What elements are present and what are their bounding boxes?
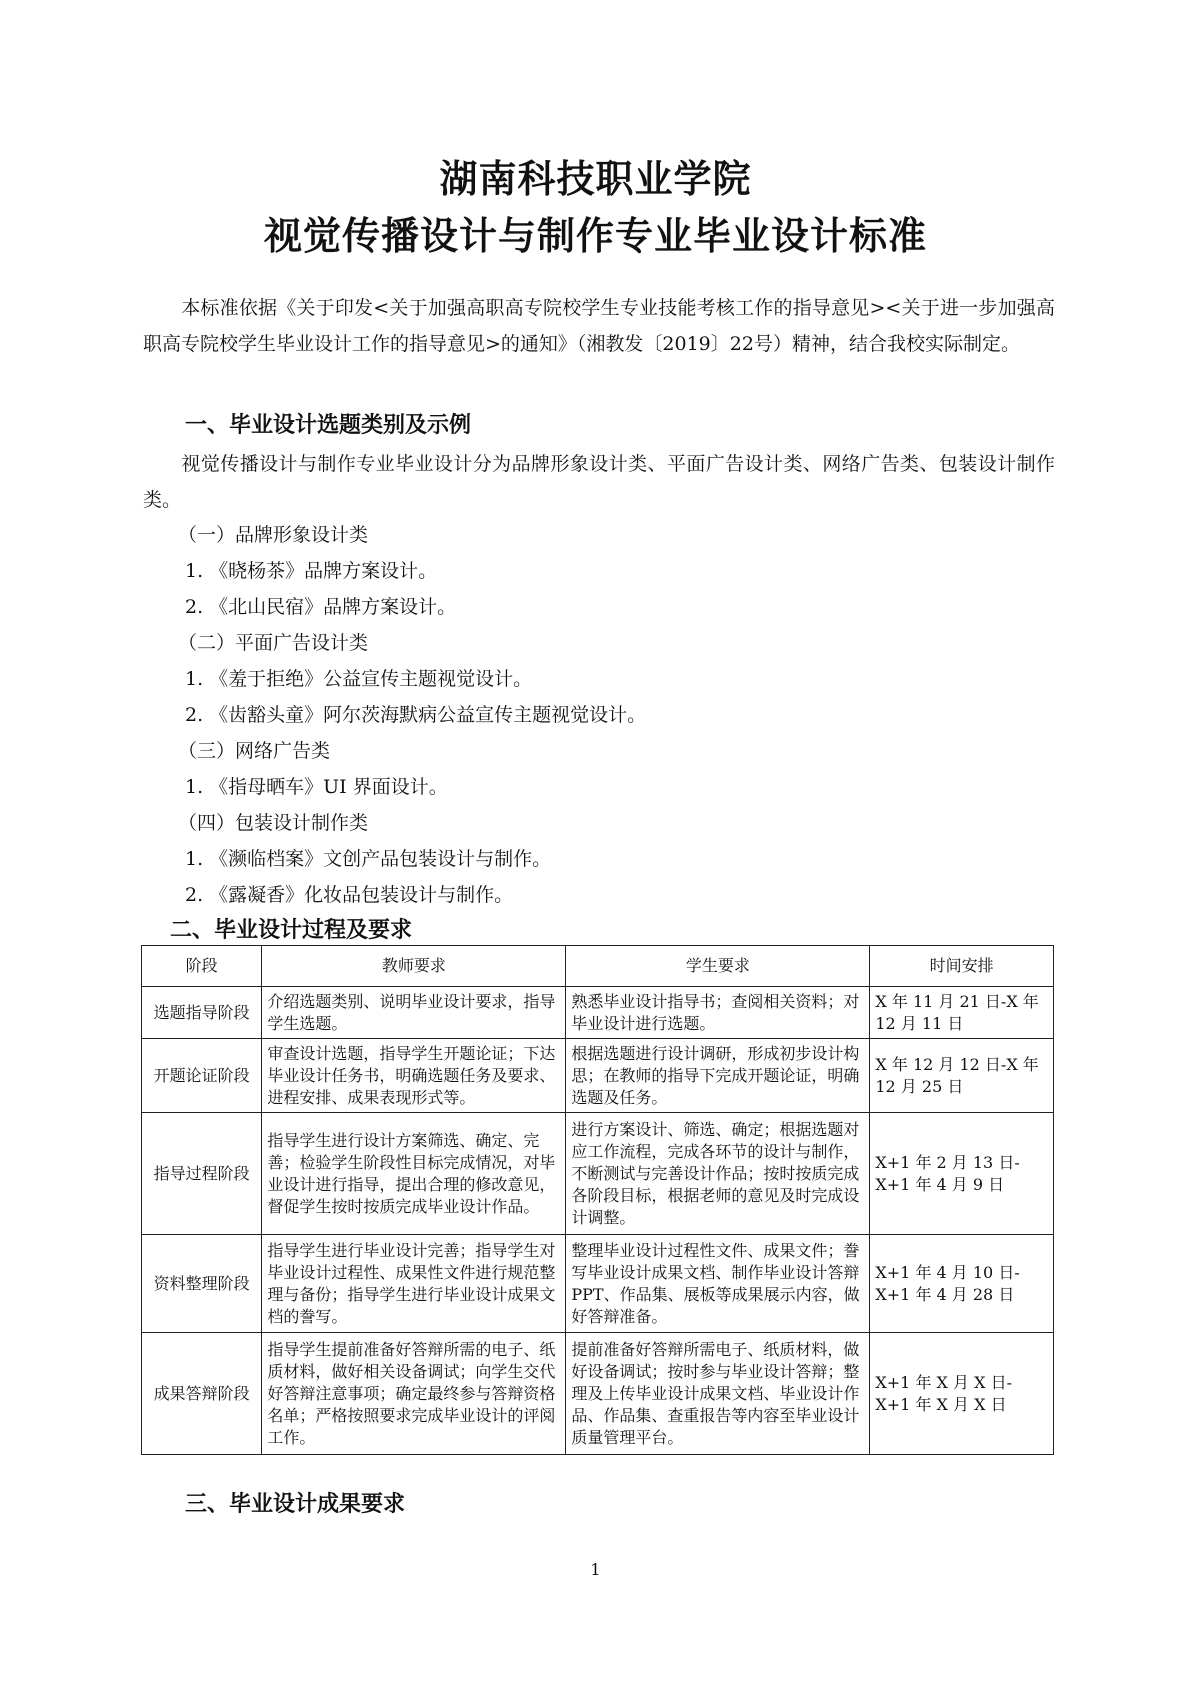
student-cell: 整理毕业设计过程性文件、成果文件；誊写毕业设计成果文档、制作毕业设计答辩 PPT… <box>566 1235 870 1333</box>
table-header-row: 阶段 教师要求 学生要求 时间安排 <box>142 946 1054 987</box>
table-row: 资料整理阶段 指导学生进行毕业设计完善；指导学生对毕业设计过程性、成果性文件进行… <box>142 1235 1054 1333</box>
list-item: 1. 《羞于拒绝》公益宣传主题视觉设计。 <box>185 665 532 693</box>
list-item: 1. 《指母晒车》UI 界面设计。 <box>185 773 448 801</box>
section1-description: 视觉传播设计与制作专业毕业设计分为品牌形象设计类、平面广告设计类、网络广告类、包… <box>143 446 1055 518</box>
header-student: 学生要求 <box>566 946 870 987</box>
stage-cell: 开题论证阶段 <box>142 1039 262 1113</box>
list-item: 1. 《濒临档案》文创产品包装设计与制作。 <box>185 845 551 873</box>
document-title: 视觉传播设计与制作专业毕业设计标准 <box>0 205 1191 260</box>
stage-cell: 成果答辩阶段 <box>142 1333 262 1455</box>
table-row: 开题论证阶段 审查设计选题，指导学生开题论证；下达毕业设计任务书，明确选题任务及… <box>142 1039 1054 1113</box>
list-item: 2. 《露凝香》化妆品包装设计与制作。 <box>185 881 513 909</box>
list-item: 2. 《北山民宿》品牌方案设计。 <box>185 593 456 621</box>
student-cell: 根据选题进行设计调研，形成初步设计构思；在教师的指导下完成开题论证，明确选题及任… <box>566 1039 870 1113</box>
teacher-cell: 介绍选题类别、说明毕业设计要求，指导学生选题。 <box>262 987 566 1039</box>
category-label: （三）网络广告类 <box>178 737 330 765</box>
list-item: 1. 《晓杨茶》品牌方案设计。 <box>185 557 437 585</box>
category-label: （四）包装设计制作类 <box>178 809 368 837</box>
time-cell: X 年 12 月 12 日-X 年 12 月 25 日 <box>870 1039 1054 1113</box>
teacher-cell: 指导学生进行毕业设计完善；指导学生对毕业设计过程性、成果性文件进行规范整理与备份… <box>262 1235 566 1333</box>
header-teacher: 教师要求 <box>262 946 566 987</box>
process-table: 阶段 教师要求 学生要求 时间安排 选题指导阶段 介绍选题类别、说明毕业设计要求… <box>141 945 1054 1455</box>
stage-cell: 指导过程阶段 <box>142 1113 262 1235</box>
category-label: （一）品牌形象设计类 <box>178 521 368 549</box>
time-cell: X+1 年 2 月 13 日- X+1 年 4 月 9 日 <box>870 1113 1054 1235</box>
student-cell: 提前准备好答辩所需电子、纸质材料，做好设备调试；按时参与毕业设计答辩；整理及上传… <box>566 1333 870 1455</box>
category-label: （二）平面广告设计类 <box>178 629 368 657</box>
page-number: 1 <box>0 1560 1191 1579</box>
section1-description-text: 视觉传播设计与制作专业毕业设计分为品牌形象设计类、平面广告设计类、网络广告类、包… <box>143 453 1055 511</box>
stage-cell: 资料整理阶段 <box>142 1235 262 1333</box>
section2-heading: 二、毕业设计过程及要求 <box>170 913 412 944</box>
time-cell: X+1 年 X 月 X 日- X+1 年 X 月 X 日 <box>870 1333 1054 1455</box>
header-time: 时间安排 <box>870 946 1054 987</box>
teacher-cell: 指导学生提前准备好答辩所需的电子、纸质材料，做好相关设备调试；向学生交代好答辩注… <box>262 1333 566 1455</box>
teacher-cell: 指导学生进行设计方案筛选、确定、完善；检验学生阶段性目标完成情况，对毕业设计进行… <box>262 1113 566 1235</box>
section1-heading: 一、毕业设计选题类别及示例 <box>185 408 471 439</box>
school-title: 湖南科技职业学院 <box>0 148 1191 203</box>
intro-text: 本标准依据《关于印发<关于加强高职高专院校学生专业技能考核工作的指导意见><关于… <box>143 297 1055 355</box>
section3-heading: 三、毕业设计成果要求 <box>185 1487 405 1518</box>
list-item: 2. 《齿豁头童》阿尔茨海默病公益宣传主题视觉设计。 <box>185 701 646 729</box>
teacher-cell: 审查设计选题，指导学生开题论证；下达毕业设计任务书，明确选题任务及要求、进程安排… <box>262 1039 566 1113</box>
time-cell: X+1 年 4 月 10 日- X+1 年 4 月 28 日 <box>870 1235 1054 1333</box>
document-page: 湖南科技职业学院 视觉传播设计与制作专业毕业设计标准 本标准依据《关于印发<关于… <box>0 0 1191 1684</box>
stage-cell: 选题指导阶段 <box>142 987 262 1039</box>
table-row: 成果答辩阶段 指导学生提前准备好答辩所需的电子、纸质材料，做好相关设备调试；向学… <box>142 1333 1054 1455</box>
table-row: 指导过程阶段 指导学生进行设计方案筛选、确定、完善；检验学生阶段性目标完成情况，… <box>142 1113 1054 1235</box>
student-cell: 熟悉毕业设计指导书；查阅相关资料；对毕业设计进行选题。 <box>566 987 870 1039</box>
time-cell: X 年 11 月 21 日-X 年 12 月 11 日 <box>870 987 1054 1039</box>
header-stage: 阶段 <box>142 946 262 987</box>
table-row: 选题指导阶段 介绍选题类别、说明毕业设计要求，指导学生选题。 熟悉毕业设计指导书… <box>142 987 1054 1039</box>
intro-paragraph: 本标准依据《关于印发<关于加强高职高专院校学生专业技能考核工作的指导意见><关于… <box>143 290 1055 362</box>
student-cell: 进行方案设计、筛选、确定；根据选题对应工作流程，完成各环节的设计与制作，不断测试… <box>566 1113 870 1235</box>
